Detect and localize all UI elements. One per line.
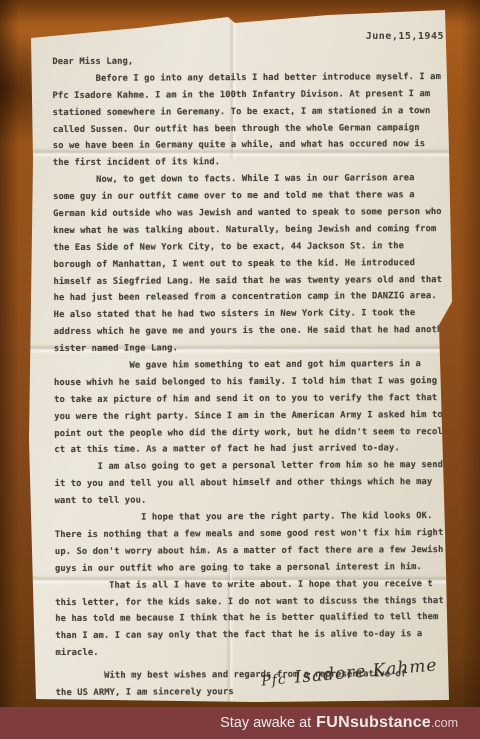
letter-line: this letter, for the kids sake. I do not… [55, 592, 454, 611]
letter-line: you were the right party. Since I am in … [54, 407, 453, 426]
letter-line: knew what he was talking about. Naturall… [53, 221, 452, 240]
letter-line: than I am. I can say only that the fact … [55, 626, 454, 645]
letter-paragraph: I am also going to get a personal letter… [54, 457, 454, 577]
signature-rank: Pfc [261, 672, 288, 690]
letter-paragraph: We gave him something to eat and got him… [54, 356, 454, 459]
letter-line: I hope that you are the right party. The… [55, 508, 454, 527]
letter-line: I am also going to get a personal letter… [54, 457, 453, 476]
letter-line: sister named Inge Lang. [54, 339, 453, 358]
letter-line: himself as Siegfried Lang. He said that … [53, 272, 452, 291]
letter-line: ct at this time. As a matter of fact he … [54, 440, 453, 459]
letter-line: so we have been in Germany quite a while… [53, 136, 452, 155]
letter-line: guys in our outfit who are going to take… [55, 559, 454, 578]
watermark-text: Stay awake at [220, 715, 311, 731]
letter-line: house whivh he said belonged to his fami… [54, 373, 453, 392]
letter-line: he has told me because I think that he i… [55, 609, 454, 628]
letter-paragraph: Now, to get down to facts. While I was i… [53, 170, 453, 358]
letter-line: Now, to get down to facts. While I was i… [53, 170, 452, 189]
letter-line: he had just been released from a concent… [54, 288, 453, 307]
letter-line: it to you and tell you all about himself… [55, 474, 454, 493]
letter-line: There is nothing that a few meals and so… [55, 525, 454, 544]
letter-line: to take ax picture of him and send it on… [54, 390, 453, 409]
letter-line: That is all I have to write about. I hop… [55, 576, 454, 595]
letter-line: stationed somewhere in Geremany. To be e… [53, 103, 452, 122]
letter-line: He also stated that he had two sisters i… [54, 305, 453, 324]
funsubstance-logo-rest: substance [350, 714, 431, 732]
letter-paragraph: That is all I have to write about. I hop… [55, 576, 455, 663]
funsubstance-domain: .com [431, 716, 458, 730]
letter-line: address which he gave me and yours is th… [54, 322, 453, 341]
letter-body: Dear Miss Lang, Before I go into any det… [52, 52, 455, 702]
photo-of-letter: ____ ___ _____ June,15,1945 Dear Miss La… [0, 0, 480, 739]
letter-line: called Sussen. Our outfit has been throu… [53, 120, 452, 139]
letter-line: Before I go into any details I had bette… [52, 69, 451, 88]
erased-text-marks: ____ ___ _____ [56, 36, 160, 46]
letter-line: the Eas Side of New York City, to be exa… [53, 238, 452, 257]
watermark-bar: Stay awake at FUN substance .com [0, 707, 480, 739]
letter-line: some guy in our outfit came over to me a… [53, 187, 452, 206]
letter-line: We gave him something to eat and got him… [54, 356, 453, 375]
funsubstance-logo: FUN [316, 714, 350, 732]
letter-date: June,15,1945 [366, 31, 444, 42]
letter-paper: ____ ___ _____ June,15,1945 Dear Miss La… [28, 10, 452, 702]
letter-line: want to tell you. [55, 491, 454, 510]
letter-line: up. So don't worry about him. As a matte… [55, 542, 454, 561]
letter-line: the US ARMY, I am sincerely yours [56, 683, 455, 702]
letter-line: Pfc Isadore Kahme. I am in the 100th Inf… [52, 86, 451, 105]
letter-salutation: Dear Miss Lang, [52, 52, 451, 71]
letter-line: borough of Manhattan, I went out to spea… [53, 255, 452, 274]
letter-paragraph: Before I go into any details I had bette… [52, 69, 452, 172]
letter-line: German kid outside who was Jewish and wa… [53, 204, 452, 223]
letter-line: point out the people who did the dirty w… [54, 424, 453, 443]
letter-line: the first incident of its kind. [53, 153, 452, 172]
